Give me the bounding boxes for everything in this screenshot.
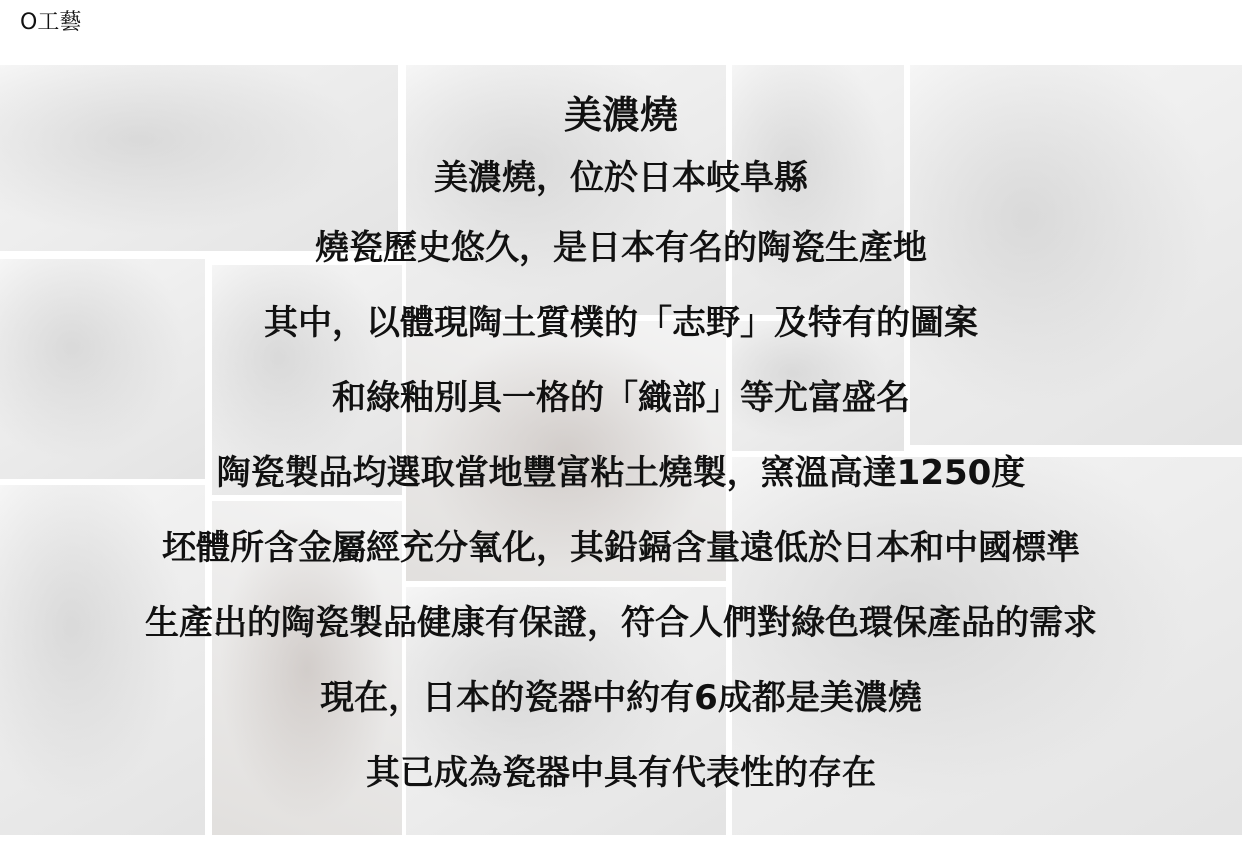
article-line: 其已成為瓷器中具有代表性的存在	[0, 736, 1242, 811]
article-body: 美濃燒 美濃燒，位於日本岐阜縣 燒瓷歷史悠久，是日本有名的陶瓷生產地 其中，以體…	[0, 85, 1242, 811]
article-line: 陶瓷製品均選取當地豐富粘土燒製，窯溫高達1250度	[0, 436, 1242, 511]
article-line: 坯體所含金屬經充分氧化，其鉛鎘含量遠低於日本和中國標準	[0, 511, 1242, 586]
article-line: 其中，以體現陶土質樸的「志野」及特有的圖案	[0, 286, 1242, 361]
page-header-title: O工藝	[20, 8, 81, 38]
article-line: 生產出的陶瓷製品健康有保證，符合人們對綠色環保產品的需求	[0, 586, 1242, 661]
article-title: 美濃燒	[0, 85, 1242, 145]
article-line: 美濃燒，位於日本岐阜縣	[0, 145, 1242, 211]
article-line: 現在，日本的瓷器中約有6成都是美濃燒	[0, 661, 1242, 736]
article-line: 和綠釉別具一格的「織部」等尤富盛名	[0, 361, 1242, 436]
article-line: 燒瓷歷史悠久，是日本有名的陶瓷生產地	[0, 211, 1242, 286]
